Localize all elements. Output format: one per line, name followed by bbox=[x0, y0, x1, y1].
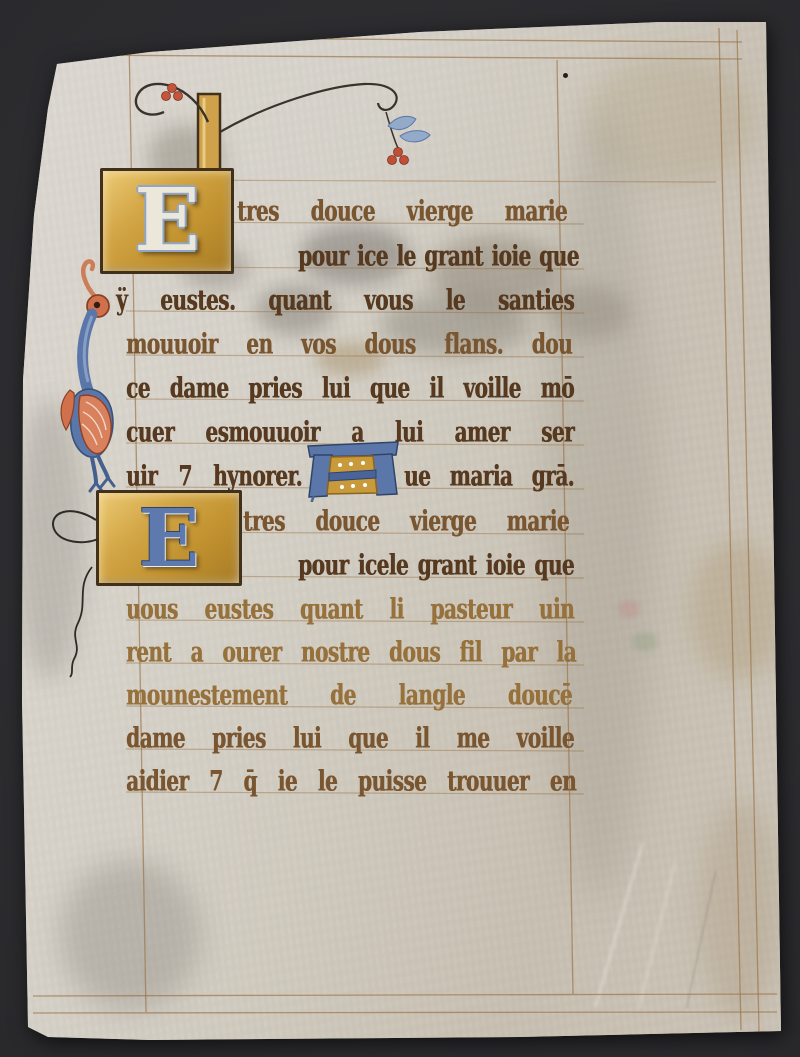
manuscript-line: tres douce vierge marie bbox=[237, 194, 567, 228]
manuscript-line: pour ice le grant ioie que bbox=[298, 239, 574, 273]
initial-letter: E bbox=[134, 178, 200, 264]
manuscript-line: dame pries lui que il me voille bbox=[126, 721, 574, 755]
bird-beak bbox=[83, 261, 96, 298]
bird-eye bbox=[94, 302, 100, 308]
manuscript-line: tres douce vierge marie bbox=[243, 504, 569, 538]
gold-ascender-bar bbox=[198, 94, 220, 176]
manuscript-line: ce dame pries lui que il voille mō bbox=[126, 371, 574, 405]
pen-squiggle-flourish bbox=[40, 495, 110, 685]
manuscript-line: uous eustes quant li pasteur uin bbox=[126, 592, 574, 626]
manuscript-line: ÿ eustes. quant vous le santies bbox=[116, 283, 574, 317]
manuscript-leaf-wrap: E bbox=[0, 0, 800, 1057]
manuscript-line: aidier 7 q̄ ie le puisse trouuer en bbox=[126, 764, 576, 798]
manuscript-line: rent a ourer nostre dous fil par la bbox=[126, 635, 576, 669]
manuscript-line: ue maria grā. bbox=[404, 459, 574, 493]
pen-flourish-line bbox=[220, 84, 397, 132]
manuscript-line: pour icele grant ioie que bbox=[298, 548, 574, 582]
manuscript-line: uir 7 hynorer. bbox=[126, 459, 302, 493]
manuscript-line: mouuoir en vos dous flans. dou bbox=[126, 327, 572, 361]
parchment-leaf: E bbox=[0, 0, 800, 1057]
red-trefoil-leaf bbox=[162, 84, 183, 101]
illuminated-initial-second: A bbox=[306, 440, 400, 502]
illuminated-initial-third: E bbox=[96, 490, 242, 586]
manuscript-line: mounestement de langle doucē bbox=[126, 678, 572, 712]
initial-letter: E bbox=[139, 498, 200, 578]
red-trefoil-leaf bbox=[388, 148, 409, 165]
photo-backdrop: E bbox=[0, 0, 800, 1057]
